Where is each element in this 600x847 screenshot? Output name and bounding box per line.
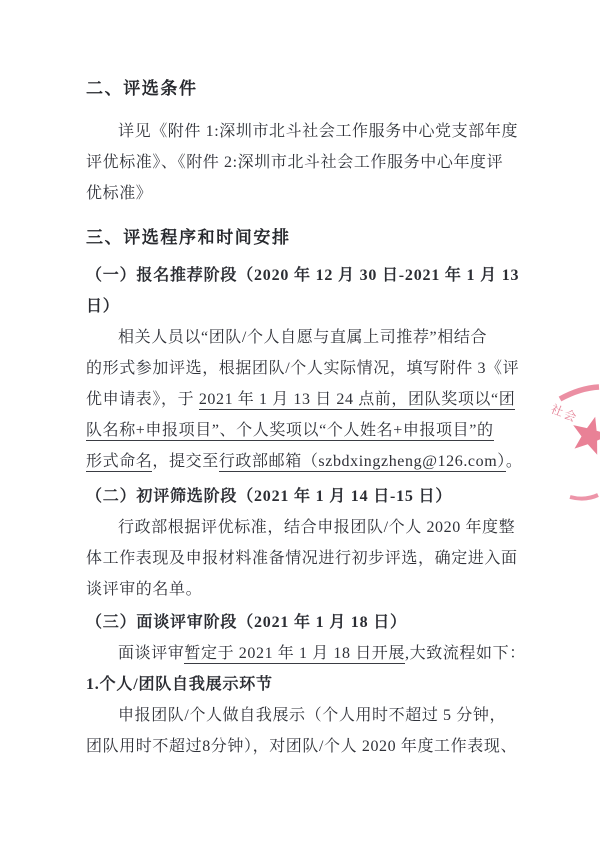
stage1-title: （一）报名推荐阶段（2020 年 12 月 30 日-2021 年 1 月 13… [86,260,530,322]
step1-paragraph: 申报团队/个人做自我展示（个人用时不超过 5 分钟， 团队用时不超过8分钟），对… [86,700,530,762]
paragraph-line: 团队用时不超过8分钟），对团队/个人 2020 年度工作表现、 [86,731,530,762]
stage1-title-line1: （一）报名推荐阶段（2020 年 12 月 30 日-2021 年 1 月 13 [86,260,530,291]
seal-bottom-arc [570,495,598,499]
text-segment: ，提交至 [152,453,218,470]
text-segment: 优申请表》，于 [86,391,199,408]
stage2-paragraph: 行政部根据评优标准，结合申报团队/个人 2020 年度整 体工作表现及申报材料准… [86,512,530,605]
paragraph-line: 队名称+申报项目”、个人奖项以“个人姓名+申报项目”的 [86,415,530,446]
underlined-naming-end: 形式命名 [86,453,152,472]
text-segment: 。 [506,453,523,470]
paragraph-line: 优标准》 [86,178,530,209]
paragraph-line: 体工作表现及申报材料准备情况进行初步评选，确定进入面 [86,543,530,574]
paragraph-line: 形式命名，提交至行政部邮箱（szbdxingzheng@126.com）。 [86,446,530,477]
seal-top-arc [560,387,599,399]
text-segment: 面谈评审 [118,645,184,662]
section-heading-2: 二、评选条件 [86,76,530,102]
section-heading-3: 三、评选程序和时间安排 [86,225,530,251]
paragraph-line: 谈评审的名单。 [86,574,530,605]
underlined-interview-date: 暂定于 2021 年 1 月 18 日开展 [184,645,405,664]
underlined-team-naming: 团队奖项以“团 [408,391,515,410]
paragraph-line: 的形式参加评选，根据团队/个人实际情况，填写附件 3《评 [86,353,530,384]
paragraph-line: 行政部根据评优标准，结合申报团队/个人 2020 年度整 [86,512,530,543]
section2-paragraph: 详见《附件 1:深圳市北斗社会工作服务中心党支部年度 评优标准》、《附件 2:深… [86,116,530,209]
text-segment: ,大致流程如下： [405,645,526,662]
underlined-deadline: 2021 年 1 月 13 日 24 点前， [199,391,408,410]
stage1-title-line2: 日） [86,291,530,322]
underlined-email: 行政部邮箱（szbdxingzheng@126.com） [219,453,506,472]
official-seal-icon: 社会 [540,378,600,518]
paragraph-line: 评优标准》、《附件 2:深圳市北斗社会工作服务中心年度评 [86,147,530,178]
stage1-paragraph: 相关人员以“团队/个人自愿与直属上司推荐”相结合 的形式参加评选，根据团队/个人… [86,322,530,477]
stage3-paragraph: 面谈评审暂定于 2021 年 1 月 18 日开展,大致流程如下： [86,638,530,669]
paragraph-line: 申报团队/个人做自我展示（个人用时不超过 5 分钟， [86,700,530,731]
stage3-title: （三）面谈评审阶段（2021 年 1 月 18 日） [86,607,530,638]
paragraph-line: 详见《附件 1:深圳市北斗社会工作服务中心党支部年度 [86,116,530,147]
document-page: 二、评选条件 详见《附件 1:深圳市北斗社会工作服务中心党支部年度 评优标准》、… [0,0,600,847]
seal-text: 社会 [549,401,581,425]
step1-title: 1.个人/团队自我展示环节 [86,669,530,700]
paragraph-line: 面谈评审暂定于 2021 年 1 月 18 日开展,大致流程如下： [86,638,530,669]
underlined-naming-rule: 队名称+申报项目”、个人奖项以“个人姓名+申报项目”的 [86,422,494,441]
seal-star-icon [573,417,600,455]
document-content: 二、评选条件 详见《附件 1:深圳市北斗社会工作服务中心党支部年度 评优标准》、… [86,76,530,762]
stage2-title: （二）初评筛选阶段（2021 年 1 月 14 日-15 日） [86,481,530,512]
paragraph-line: 相关人员以“团队/个人自愿与直属上司推荐”相结合 [86,322,530,353]
paragraph-line: 优申请表》，于 2021 年 1 月 13 日 24 点前，团队奖项以“团 [86,384,530,415]
